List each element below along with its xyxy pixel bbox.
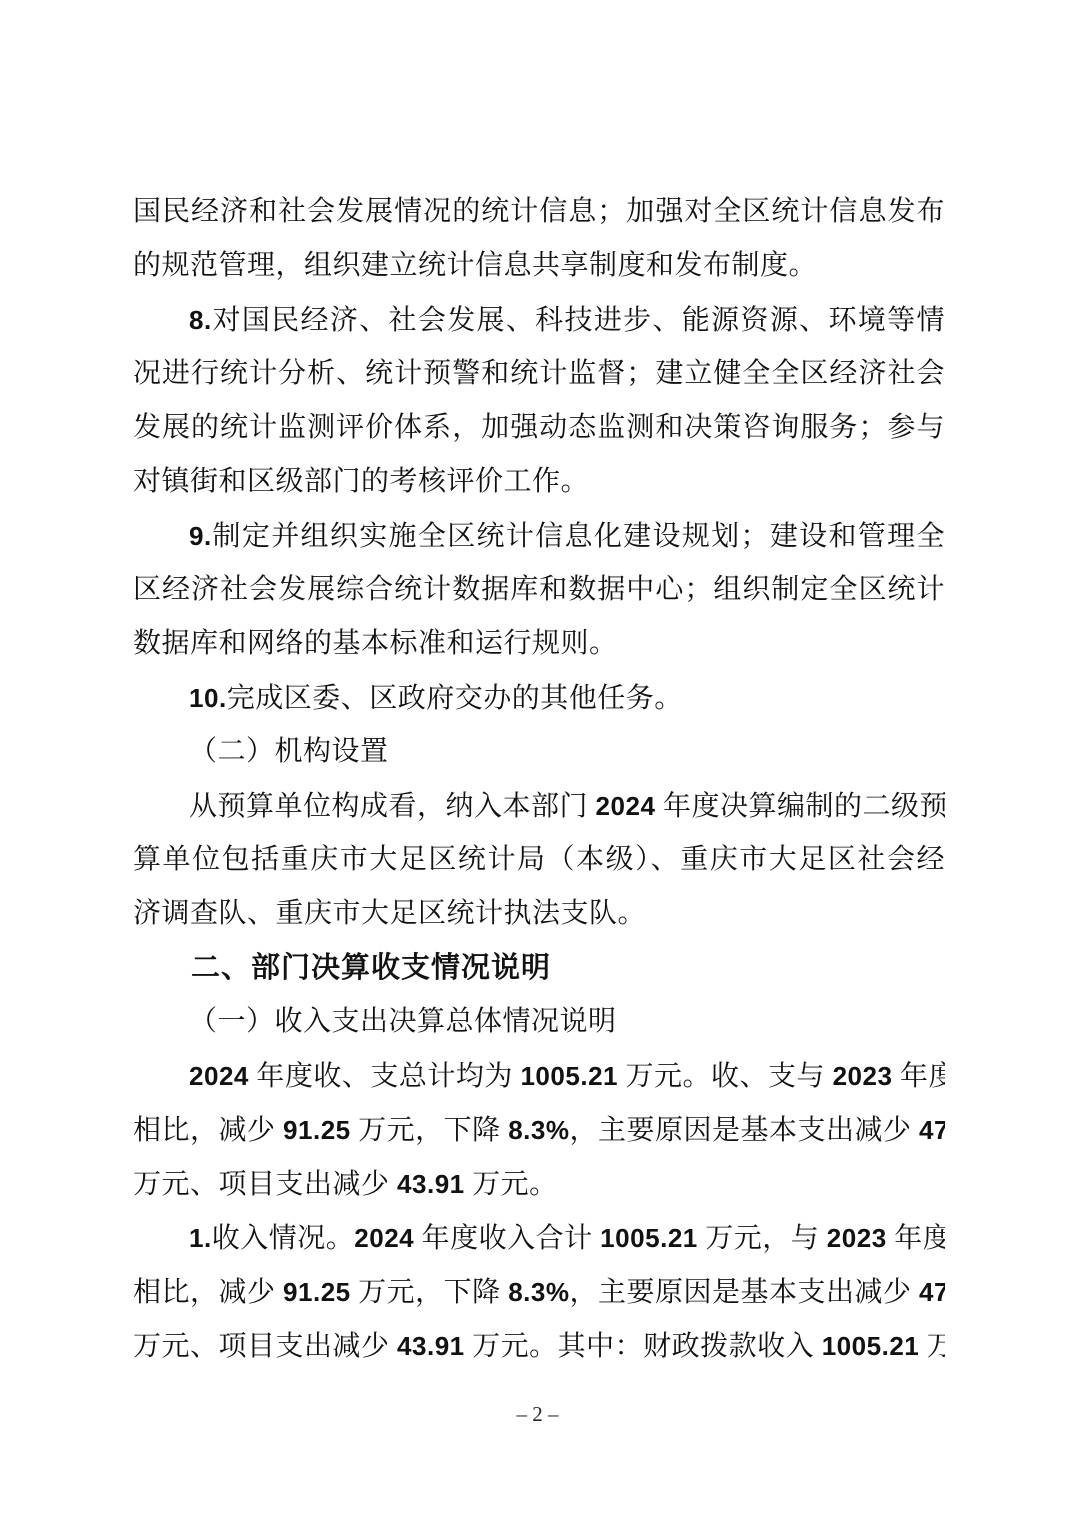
- numeric-text: 8.3%: [508, 1115, 569, 1145]
- numeric-text: 2024: [354, 1223, 414, 1253]
- list-item-10-line: 10.完成区委、区政府交办的其他任务。: [133, 671, 945, 725]
- numeric-text: 1005.21: [520, 1061, 618, 1091]
- numeric-text: 43.91: [397, 1169, 465, 1199]
- body-line: 济调查队、重庆市大足区统计执法支队。: [133, 887, 945, 941]
- numeric-text: 91.25: [283, 1277, 351, 1307]
- body-line: 对镇街和区级部门的考核评价工作。: [133, 455, 945, 509]
- list-item-income-line: 1.收入情况。2024 年度收入合计 1005.21 万元，与 2023 年度: [133, 1211, 945, 1265]
- body-line: 从预算单位构成看，纳入本部门 2024 年度决算编制的二级预: [133, 779, 945, 833]
- list-item-8-line: 8.对国民经济、社会发展、科技进步、能源资源、环境等情: [133, 293, 945, 347]
- subheading-org-setup: （二）机构设置: [133, 725, 945, 779]
- numeric-text: 8.3%: [508, 1277, 569, 1307]
- body-line: 2024 年度收、支总计均为 1005.21 万元。收、支与 2023 年度: [133, 1049, 945, 1103]
- numeric-text: 1.: [189, 1223, 212, 1253]
- document-page: 国民经济和社会发展情况的统计信息；加强对全区统计信息发布 的规范管理，组织建立统…: [0, 0, 1075, 1520]
- body-line: 国民经济和社会发展情况的统计信息；加强对全区统计信息发布: [133, 185, 945, 239]
- body-line: 况进行统计分析、统计预警和统计监督；建立健全全区经济社会: [133, 347, 945, 401]
- numeric-text: 8.: [189, 305, 212, 335]
- body-line: 的规范管理，组织建立统计信息共享制度和发布制度。: [133, 239, 945, 293]
- subheading-overall-statement: （一）收入支出决算总体情况说明: [133, 995, 945, 1049]
- numeric-text: 47.34: [919, 1115, 945, 1145]
- body-line: 数据库和网络的基本标准和运行规则。: [133, 617, 945, 671]
- numeric-text: 2023: [833, 1061, 893, 1091]
- numeric-text: 47.34: [919, 1277, 945, 1307]
- body-line: 发展的统计监测评价体系，加强动态监测和决策咨询服务；参与: [133, 401, 945, 455]
- numeric-text: 10.: [189, 683, 227, 713]
- body-line: 万元、项目支出减少 43.91 万元。: [133, 1157, 945, 1211]
- numeric-text: 43.91: [397, 1331, 465, 1361]
- numeric-text: 9.: [189, 521, 212, 551]
- list-item-9-line: 9.制定并组织实施全区统计信息化建设规划；建设和管理全: [133, 509, 945, 563]
- numeric-text: 1005.21: [822, 1331, 920, 1361]
- page-footer: – 2 –: [0, 1402, 1075, 1427]
- numeric-text: 2023: [827, 1223, 887, 1253]
- body-line: 相比，减少 91.25 万元，下降 8.3%，主要原因是基本支出减少 47.34: [133, 1265, 945, 1319]
- document-body: 国民经济和社会发展情况的统计信息；加强对全区统计信息发布 的规范管理，组织建立统…: [133, 185, 945, 1373]
- body-line: 相比，减少 91.25 万元，下降 8.3%，主要原因是基本支出减少 47.34: [133, 1103, 945, 1157]
- numeric-text: 1005.21: [600, 1223, 698, 1253]
- numeric-text: 2024: [189, 1061, 249, 1091]
- body-line: 算单位包括重庆市大足区统计局（本级）、重庆市大足区社会经: [133, 833, 945, 887]
- body-line: 万元、项目支出减少 43.91 万元。其中：财政拨款收入 1005.21 万: [133, 1319, 945, 1373]
- numeric-text: 91.25: [283, 1115, 351, 1145]
- body-line: 区经济社会发展综合统计数据库和数据中心；组织制定全区统计: [133, 563, 945, 617]
- numeric-text: 2024: [596, 791, 656, 821]
- page-number: – 2 –: [517, 1402, 559, 1426]
- section-heading-budget-statement: 二、部门决算收支情况说明: [133, 941, 945, 995]
